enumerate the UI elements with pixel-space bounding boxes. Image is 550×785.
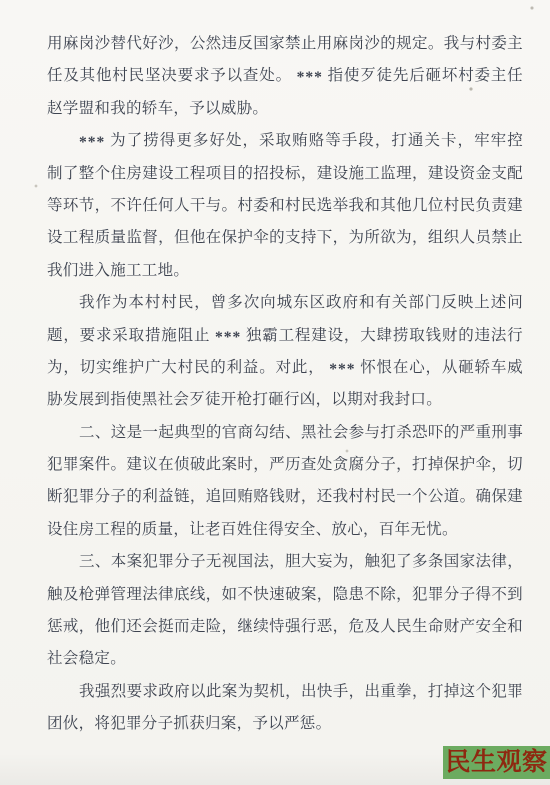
document-line: 团伙，将犯罪分子抓获归案，予以严惩。 — [47, 708, 523, 740]
document-line: 二、这是一起典型的官商勾结、黑社会参与打杀恐吓的严重刑事 — [47, 417, 523, 449]
document-line: 题，要求采取措施阻止 *** 独霸工程建设，大肆捞取钱财的违法行 — [47, 320, 523, 352]
document-line: 设工程质量监督，但他在保护伞的支持下，为所欲为，组织人员禁止 — [47, 222, 523, 254]
document-line: 我们进入施工工地。 — [47, 255, 523, 287]
document-line: 我强烈要求政府以此案为契机，出快手，出重拳，打掉这个犯罪 — [47, 676, 523, 708]
document-line: 赵学盟和我的轿车，予以威胁。 — [47, 93, 523, 125]
watermark-badge: 民生观察 — [443, 746, 550, 779]
document-line: 断犯罪分子的利益链，追回贿赂钱财，还我村村民一个公道。确保建 — [47, 481, 523, 513]
document-text: 用麻岗沙替代好沙，公然违反国家禁止用麻岗沙的规定。我与村委主任及其他村民坚决要求… — [47, 28, 523, 741]
redaction-stars: *** — [79, 134, 105, 151]
document-line: 制了整个住房建设工程项目的招投标，建设施工监理，建设资金支配 — [47, 158, 523, 190]
document-line: 社会稳定。 — [47, 643, 523, 675]
document-line: 任及其他村民坚决要求予以查处。 *** 指使歹徒先后砸坏村委主任 — [47, 60, 523, 92]
document-line: 设住房工程的质量，让老百姓住得安全、放心，百年无忧。 — [47, 514, 523, 546]
document-line: 惩戒，他们还会挺而走险，继续恃强行恶，危及人民生命财产安全和 — [47, 611, 523, 643]
document-line: 为，切实维护广大村民的利益。对此， *** 怀恨在心，从砸轿车威 — [47, 352, 523, 384]
redaction-stars: *** — [329, 361, 355, 378]
document-line: 胁发展到指使黑社会歹徒开枪打砸行凶，以期对我封口。 — [47, 384, 523, 416]
document-line: 我作为本村村民，曾多次向城东区政府和有关部门反映上述问 — [47, 287, 523, 319]
document-line: 犯罪案件。建议在侦破此案时，严历查处贪腐分子，打掉保护伞，切 — [47, 449, 523, 481]
document-line: 触及枪弹管理法律底线，如不快速破案，隐患不除，犯罪分子得不到 — [47, 579, 523, 611]
document-line: 三、本案犯罪分子无视国法，胆大妄为，触犯了多条国家法律， — [47, 546, 523, 578]
document-line: 用麻岗沙替代好沙，公然违反国家禁止用麻岗沙的规定。我与村委主 — [47, 28, 523, 60]
document-line: *** 为了捞得更多好处，采取贿赂等手段，打通关卡，牢牢控 — [47, 125, 523, 157]
redaction-stars: *** — [297, 69, 323, 86]
redaction-stars: *** — [215, 329, 241, 346]
document-line: 等环节，不许任何人干与。村委和村民选举我和其他几位村民负责建 — [47, 190, 523, 222]
